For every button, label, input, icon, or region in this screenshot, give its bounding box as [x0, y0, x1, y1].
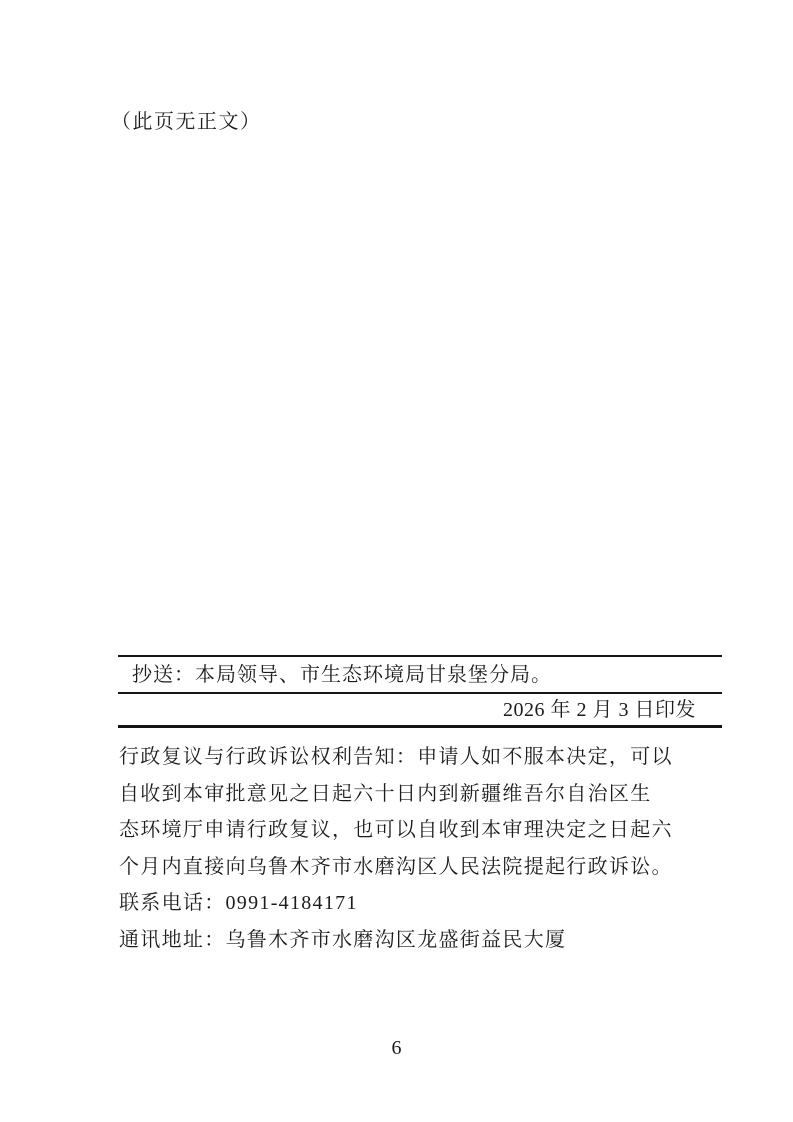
rights-notice: 行政复议与行政诉讼权利告知：申请人如不服本决定，可以 自收到本审批意见之日起六十…: [119, 739, 694, 959]
notice-line: 个月内直接向乌鲁木齐市水磨沟区人民法院提起行政诉讼。: [119, 849, 694, 886]
cc-block: 抄送：本局领导、市生态环境局甘泉堡分局。 2026 年 2 月 3 日印发: [118, 655, 722, 728]
no-body-text-notice: （此页无正文）: [111, 105, 262, 134]
document-page: （此页无正文） 抄送：本局领导、市生态环境局甘泉堡分局。 2026 年 2 月 …: [0, 0, 793, 1122]
print-date: 2026 年 2 月 3 日印发: [118, 694, 722, 728]
contact-phone-line: 联系电话：0991-4184171: [119, 885, 694, 922]
notice-line: 态环境厅申请行政复议，也可以自收到本审理决定之日起六: [119, 812, 694, 849]
cc-line: 抄送：本局领导、市生态环境局甘泉堡分局。: [118, 657, 722, 694]
notice-line: 行政复议与行政诉讼权利告知：申请人如不服本决定，可以: [119, 739, 694, 776]
page-number: 6: [0, 1037, 793, 1060]
mailing-address-line: 通讯地址：乌鲁木齐市水磨沟区龙盛街益民大厦: [119, 922, 694, 959]
notice-line: 自收到本审批意见之日起六十日内到新疆维吾尔自治区生: [119, 776, 694, 813]
